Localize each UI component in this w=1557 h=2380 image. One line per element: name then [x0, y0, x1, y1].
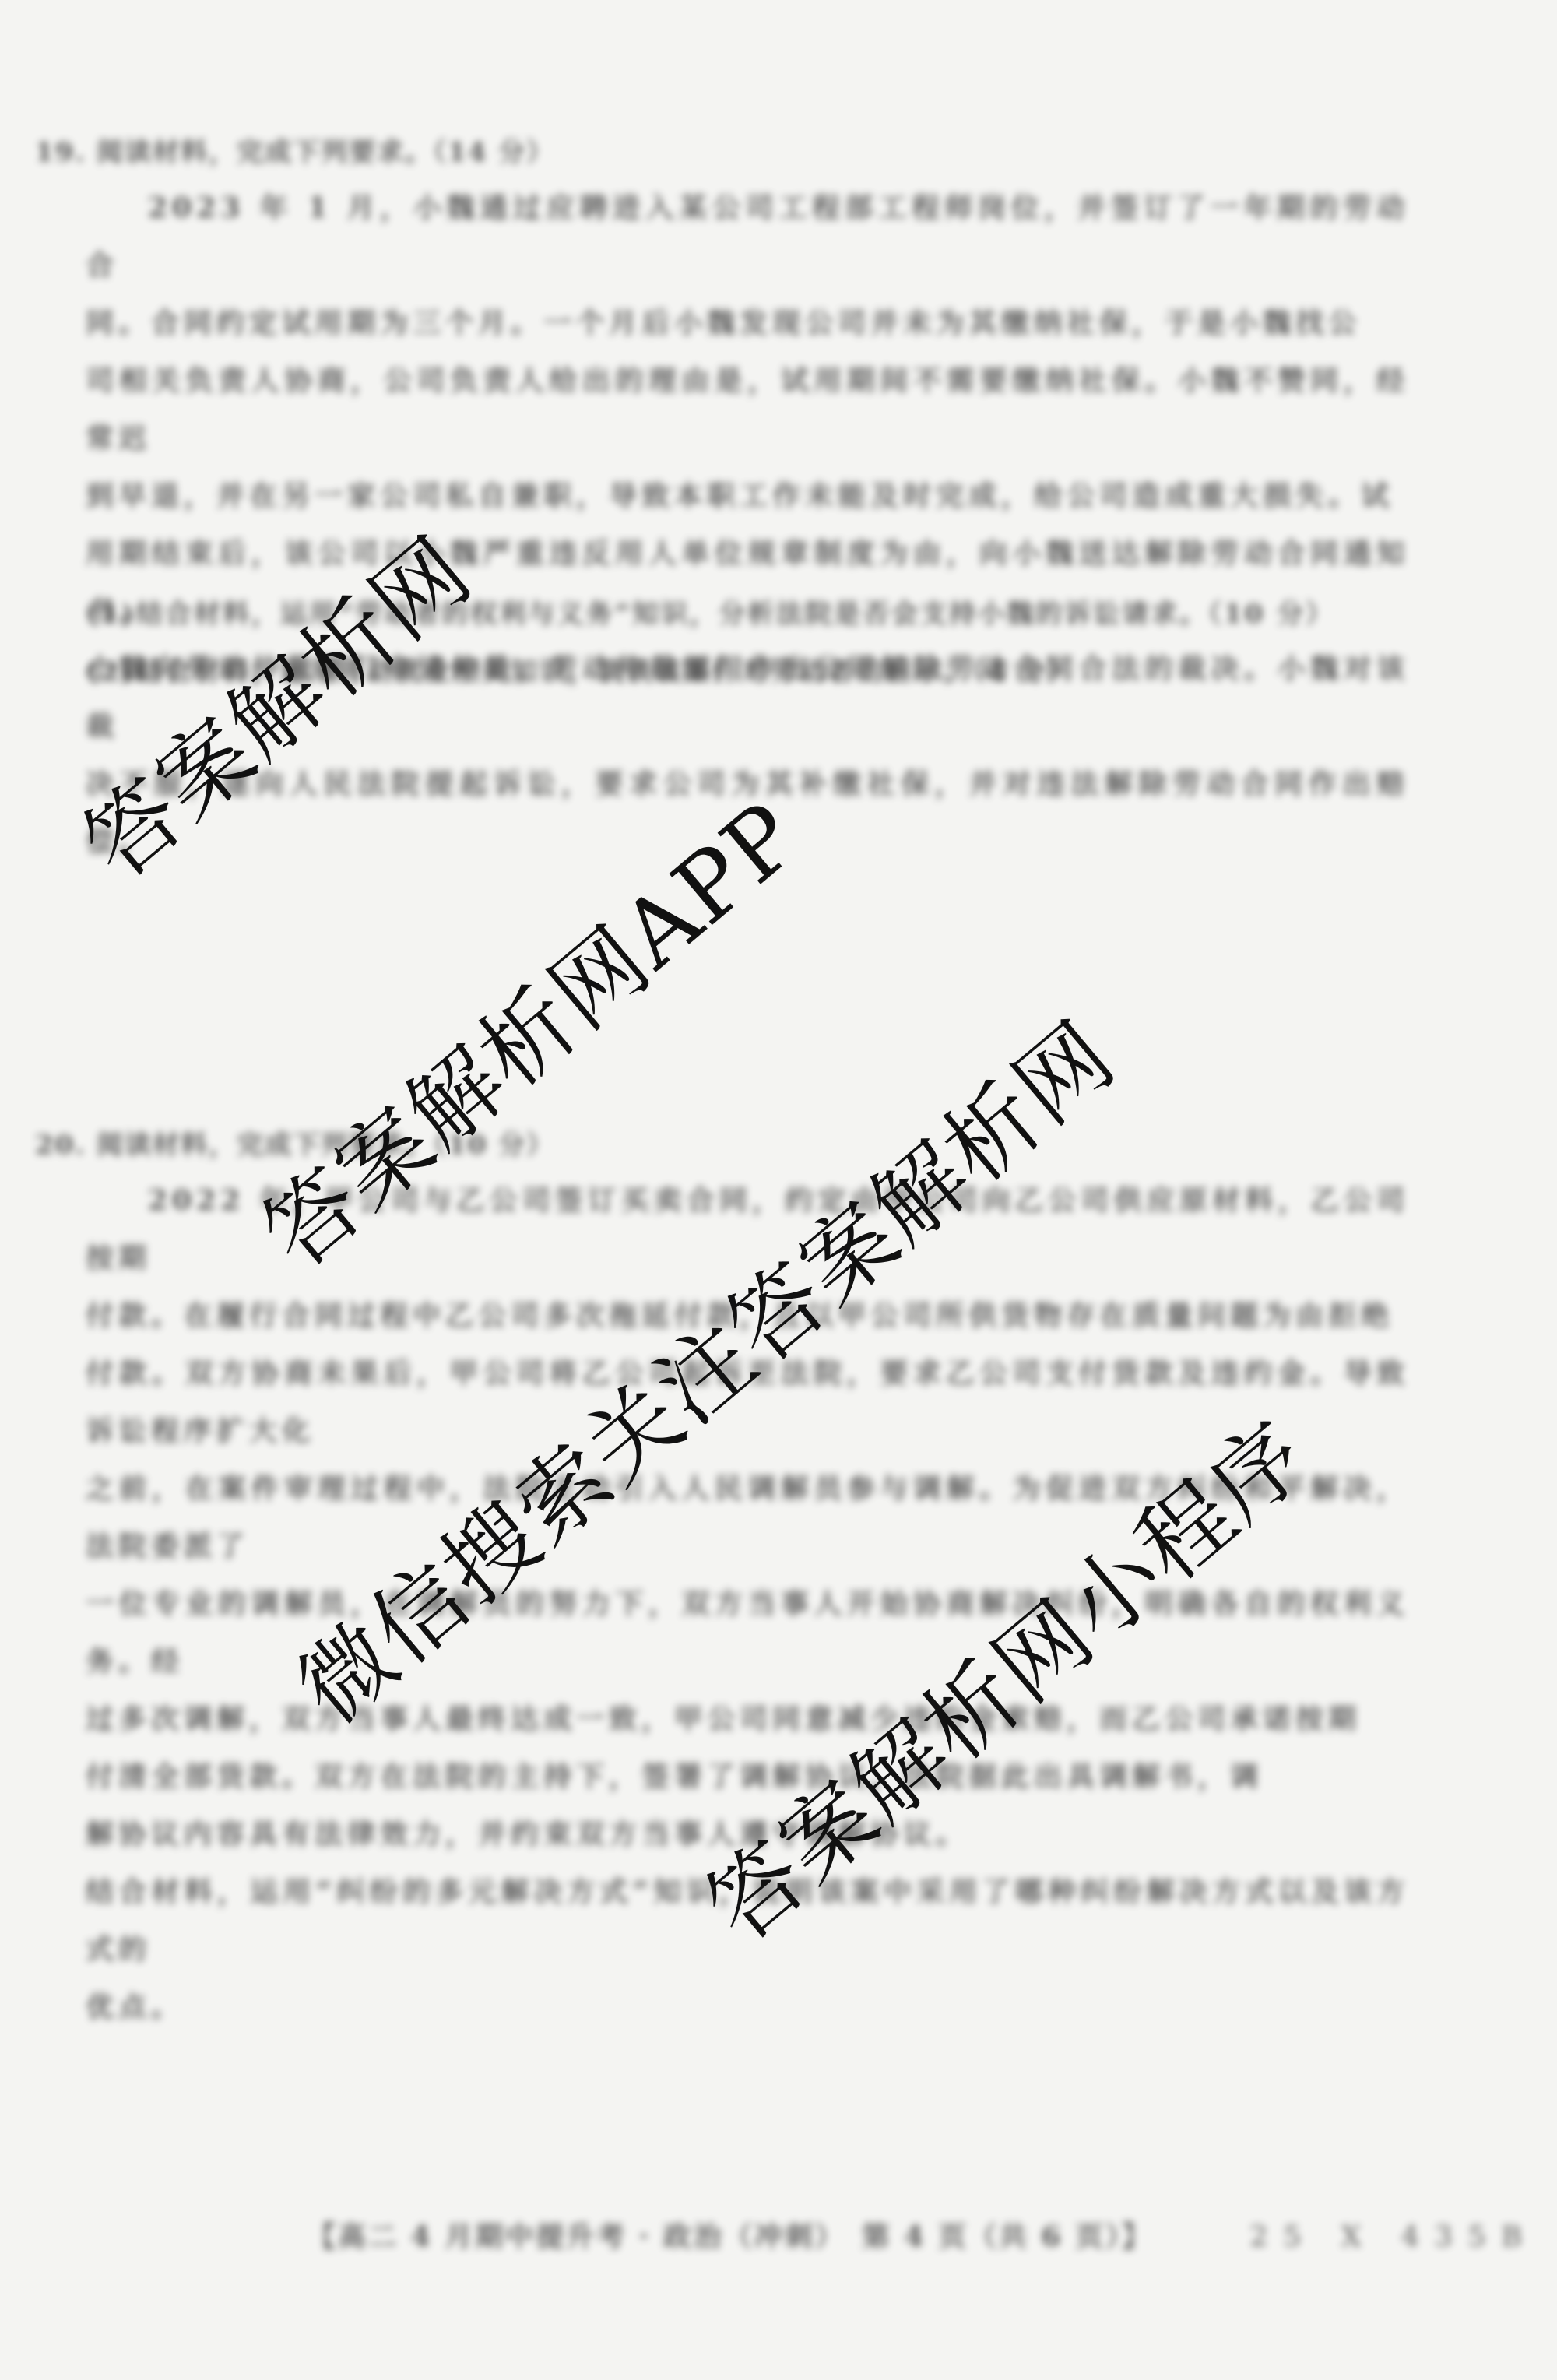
material-line: 一位专业的调解员，在调解员的努力下，双方当事人开始协商解决纠纷，明确各自的权利义… [86, 1575, 1409, 1690]
material-line: 到早退，并在另一家公司私自兼职，导致本职工作未能及时完成，给公司造成重大损失。试 [86, 467, 1409, 525]
question-20-heading: 20. 阅读材料，完成下列要求。（10 分） [35, 1123, 554, 1162]
footer-exam-info: 【高二 4 月期中提升考 · 政治（冲刺） 第 4 页（共 6 页）】 [308, 2220, 1152, 2253]
footer-paper-code: 25 X 435B [1250, 2221, 1538, 2253]
question-19-sub-questions: (1)结合材料，运用“劳动者的权利与义务”知识，分析法院是否会支持小魏的诉讼请求… [86, 585, 1409, 701]
material-line: 决不服，遂向人民法院提起诉讼，要求公司为其补缴社保，并对违法解除劳动合同作出赔偿… [86, 755, 1409, 870]
page-footer: 【高二 4 月期中提升考 · 政治（冲刺） 第 4 页（共 6 页）】 25 X… [308, 2215, 1538, 2255]
question-19-material: 2023 年 1 月，小魏通过应聘进入某公司工程部工程师岗位，并签订了一年期的劳… [86, 179, 1409, 870]
material-line: 结合材料，运用“纠纷的多元解决方式”知识，说明该案中采用了哪种纠纷解决方式以及该… [86, 1863, 1409, 1978]
question-19-heading: 19. 阅读材料，完成下列要求。（14 分） [35, 131, 554, 169]
material-line: 2022 年，甲公司与乙公司签订买卖合同，约定由甲公司向乙公司供应原材料，乙公司… [86, 1172, 1409, 1287]
material-line: 优点。 [86, 1978, 1409, 2036]
material-line: 过多次调解，双方当事人最终达成一致，甲公司同意减少违约金索赔，而乙公司承诺按期 [86, 1690, 1409, 1748]
sub-question-1: (1)结合材料，运用“劳动者的权利与义务”知识，分析法院是否会支持小魏的诉讼请求… [86, 585, 1409, 643]
material-line: 付清全部货款。双方在法院的主持下，签署了调解协议，法院据此出具调解书，调 [86, 1748, 1409, 1805]
material-line: 司相关负责人协商，公司负责人给出的理由是，试用期间不需要缴纳社保。小魏不赞同，经… [86, 352, 1409, 467]
sub-question-2: (2)结合材料，运用劳动就业相关知识，谈谈该案件对劳动者的启示。（4 分） [86, 643, 1409, 701]
material-line: 同。合同约定试用期为三个月。一个月后小魏发现公司并未为其缴纳社保，于是小魏找公 [86, 294, 1409, 352]
material-line: 解协议内容具有法律效力，并约束双方当事人遵守调解协议。 [86, 1805, 1409, 1863]
material-line: 2023 年 1 月，小魏通过应聘进入某公司工程部工程师岗位，并签订了一年期的劳… [86, 179, 1409, 294]
material-line: 付款。在履行合同过程中乙公司多次拖延付款，且以甲公司所供货物存在质量问题为由拒绝 [86, 1287, 1409, 1345]
material-line: 付款。双方协商未果后，甲公司将乙公司起诉至法院，要求乙公司支付货款及违约金。导致… [86, 1345, 1409, 1460]
material-line: 之前，在案件审理过程中，法院主动引入人民调解员参与调解。为促进双方纠纷和平解决，… [86, 1460, 1409, 1575]
question-20-material: 2022 年，甲公司与乙公司签订买卖合同，约定由甲公司向乙公司供应原材料，乙公司… [86, 1172, 1409, 2036]
